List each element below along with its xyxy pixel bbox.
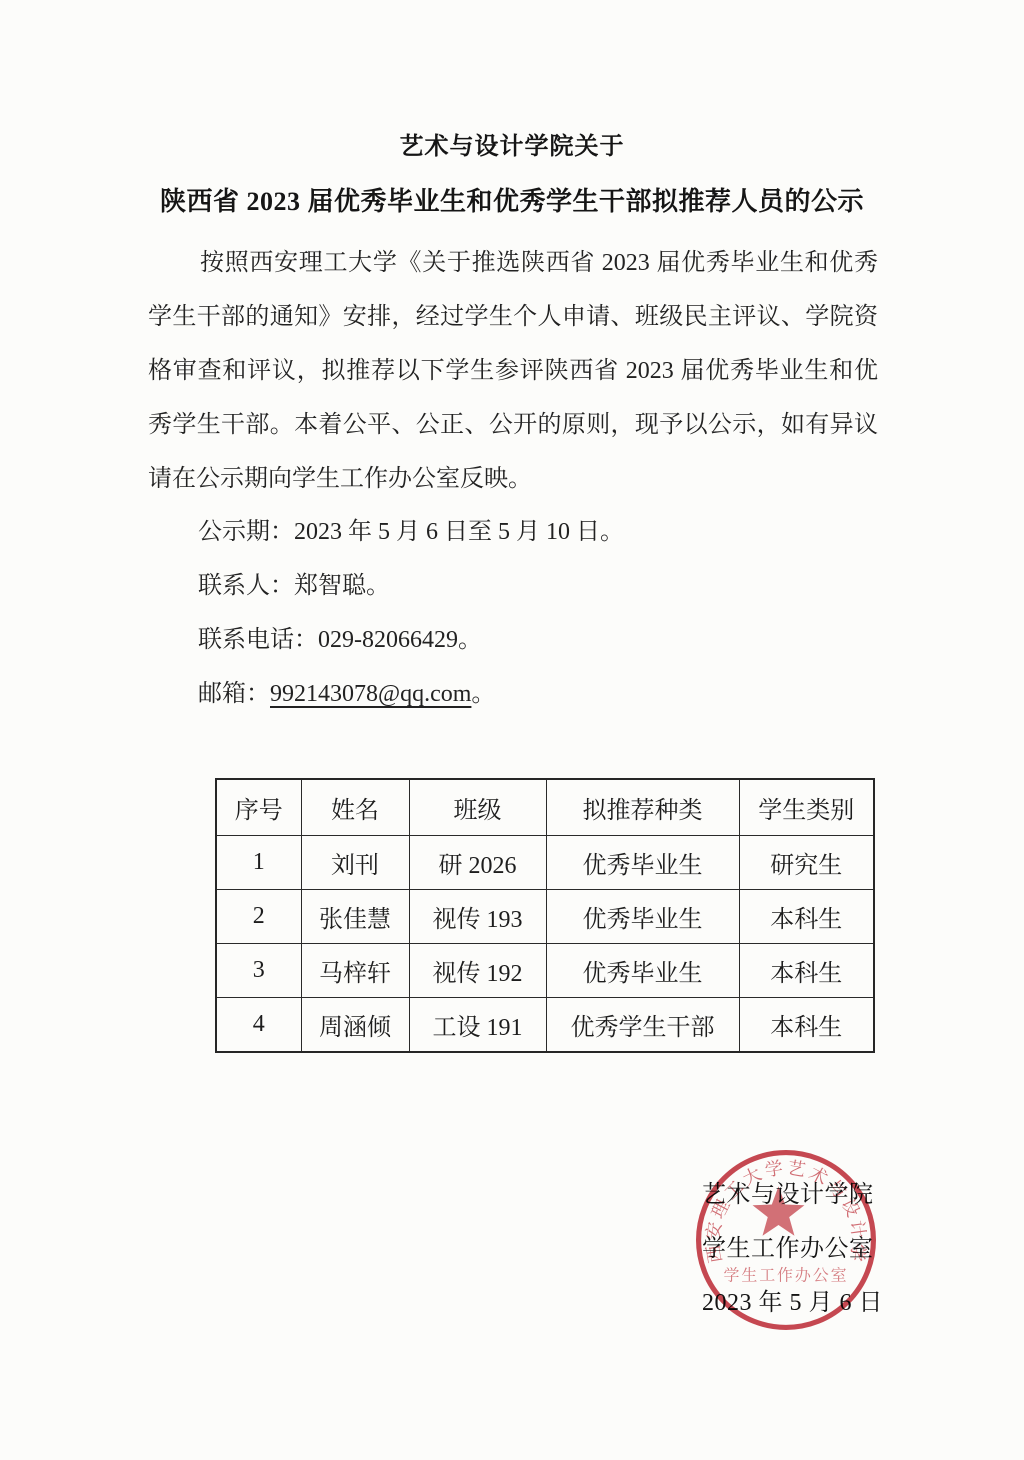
header-cell-name: 姓名 [301,779,409,836]
body-line: 按照西安理工大学《关于推选陕西省 2023 届优秀毕业生和优秀 [148,236,878,290]
header-cell-student-type: 学生类别 [739,779,874,836]
email-label: 邮箱： [198,681,270,707]
contact-person-line: 联系人：郑智聪。 [148,559,908,613]
table-cell: 视传 192 [409,944,546,998]
table-cell: 视传 193 [409,890,546,944]
contact-block: 公示期：2023 年 5 月 6 日至 5 月 10 日。 联系人：郑智聪。 联… [148,505,908,721]
body-paragraph: 按照西安理工大学《关于推选陕西省 2023 届优秀毕业生和优秀 学生干部的通知》… [148,236,878,506]
table-cell: 本科生 [739,944,874,998]
table-cell: 刘刊 [301,836,409,890]
table-cell: 本科生 [739,890,874,944]
body-line: 学生干部的通知》安排，经过学生个人申请、班级民主评议、学院资 [148,290,878,344]
signature-date: 2023 年 5 月 6 日 [702,1276,902,1330]
table-cell: 2 [216,890,301,944]
signature-block: 艺术与设计学院 学生工作办公室 2023 年 5 月 6 日 [702,1168,902,1330]
table-cell: 工设 191 [409,998,546,1053]
table-row: 4 周涵倾 工设 191 优秀学生干部 本科生 [216,998,874,1053]
header-cell-index: 序号 [216,779,301,836]
table-cell: 优秀毕业生 [546,890,739,944]
recommendation-table: 序号 姓名 班级 拟推荐种类 学生类别 1 刘刊 研 2026 优秀毕业生 研究… [215,778,875,1053]
body-line: 秀学生干部。本着公平、公正、公开的原则，现予以公示，如有异议 [148,398,878,452]
table-cell: 4 [216,998,301,1053]
table-cell: 1 [216,836,301,890]
table-row: 1 刘刊 研 2026 优秀毕业生 研究生 [216,836,874,890]
signature-org-line1: 艺术与设计学院 [702,1168,902,1222]
table-row: 3 马梓轩 视传 192 优秀毕业生 本科生 [216,944,874,998]
table-cell: 优秀毕业生 [546,944,739,998]
doc-title-line2: 陕西省 2023 届优秀毕业生和优秀学生干部拟推荐人员的公示 [0,184,1024,220]
table-row: 2 张佳慧 视传 193 优秀毕业生 本科生 [216,890,874,944]
table-cell: 周涵倾 [301,998,409,1053]
table-cell: 研 2026 [409,836,546,890]
table-cell: 研究生 [739,836,874,890]
table-cell: 优秀毕业生 [546,836,739,890]
table-cell: 张佳慧 [301,890,409,944]
publicity-period-line: 公示期：2023 年 5 月 6 日至 5 月 10 日。 [148,505,908,559]
email-suffix: 。 [471,681,495,707]
table-cell: 马梓轩 [301,944,409,998]
table-cell: 优秀学生干部 [546,998,739,1053]
header-cell-category: 拟推荐种类 [546,779,739,836]
table-cell: 3 [216,944,301,998]
email-line: 邮箱：992143078@qq.com。 [148,667,908,721]
table-cell: 本科生 [739,998,874,1053]
doc-title-line1: 艺术与设计学院关于 [0,130,1024,164]
contact-phone-line: 联系电话：029-82066429。 [148,613,908,667]
email-address: 992143078@qq.com [270,681,471,707]
header-cell-class: 班级 [409,779,546,836]
signature-org-line2: 学生工作办公室 [702,1222,902,1276]
table-header-row: 序号 姓名 班级 拟推荐种类 学生类别 [216,779,874,836]
body-line: 请在公示期向学生工作办公室反映。 [148,452,878,506]
document-page: 艺术与设计学院关于 陕西省 2023 届优秀毕业生和优秀学生干部拟推荐人员的公示… [0,0,1024,1460]
body-line: 格审查和评议，拟推荐以下学生参评陕西省 2023 届优秀毕业生和优 [148,344,878,398]
